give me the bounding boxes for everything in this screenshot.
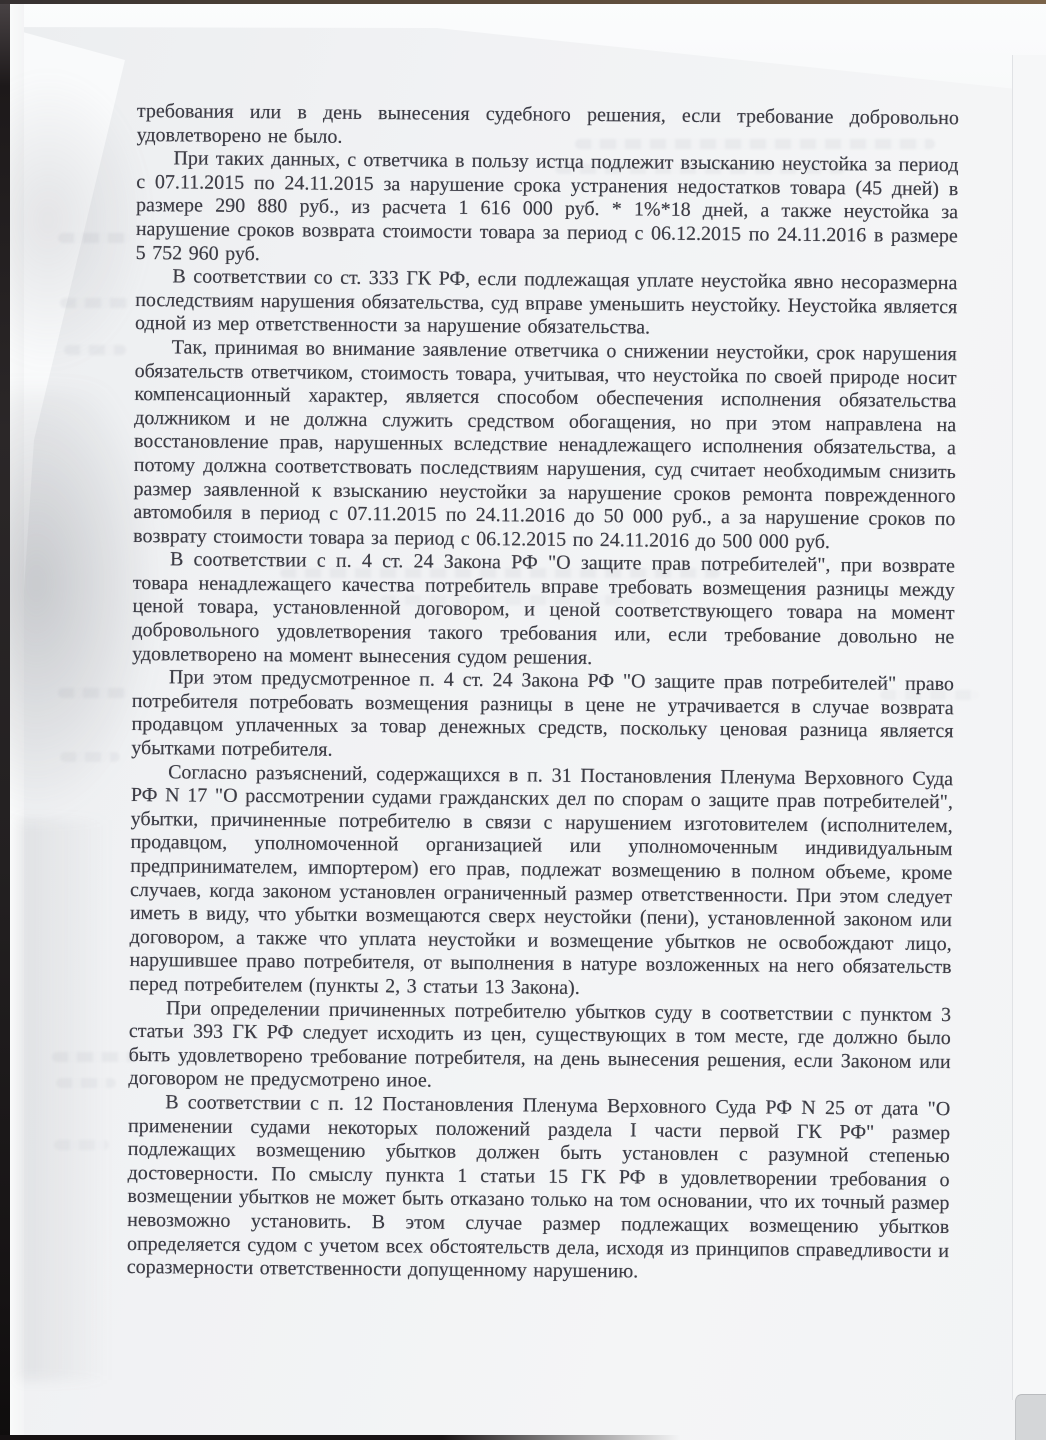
document-text-body: требования или в день вынесения судебног…: [127, 100, 959, 1287]
paragraph: Так, принимая во внимание заявление отве…: [133, 336, 957, 556]
paragraph: В соответствии с п. 12 Постановления Пле…: [127, 1091, 951, 1287]
bleed-through-text: [60, 752, 120, 762]
bleed-through-text: [64, 345, 126, 355]
bleed-through-text: [52, 1052, 137, 1062]
paragraph: требования или в день вынесения судебног…: [137, 100, 959, 154]
bleed-through-text: [58, 233, 130, 243]
paragraph: В соответствии со ст. 333 ГК РФ, если по…: [135, 265, 958, 343]
paragraph: Согласно разъяснений, содержащихся в п. …: [129, 761, 953, 1004]
bleed-through-text: [54, 1140, 109, 1150]
paragraph: В соответствии с п. 4 ст. 24 Закона РФ "…: [132, 548, 955, 673]
paragraph: При таких данных, с ответчика в пользу и…: [136, 147, 959, 272]
paper-corner-notch: [1015, 1394, 1046, 1440]
bleed-through-text: [56, 1078, 116, 1088]
scanner-edge-bottom: [0, 1435, 680, 1440]
paper-shadow-bottom-left: [20, 820, 110, 1380]
paper-edge-right-sheet: [1012, 55, 1046, 1400]
scanner-edge-left: [0, 0, 10, 1440]
scanned-court-document-page: требования или в день вынесения судебног…: [0, 0, 1046, 1440]
paper-edge-left-sliver: [8, 0, 24, 1440]
paragraph: При определении причиненных потребителю …: [128, 997, 951, 1099]
bleed-through-text: [60, 298, 130, 308]
paper-shadow-top-left: [0, 70, 150, 370]
paper-edge-left-wedge: [0, 20, 140, 850]
paper-edge-top-sheet: [0, 0, 1046, 95]
bleed-through-text: [58, 688, 128, 698]
paragraph: При этом предусмотренное п. 4 ст. 24 Зак…: [131, 666, 954, 768]
scanner-edge-top: [0, 0, 1046, 4]
